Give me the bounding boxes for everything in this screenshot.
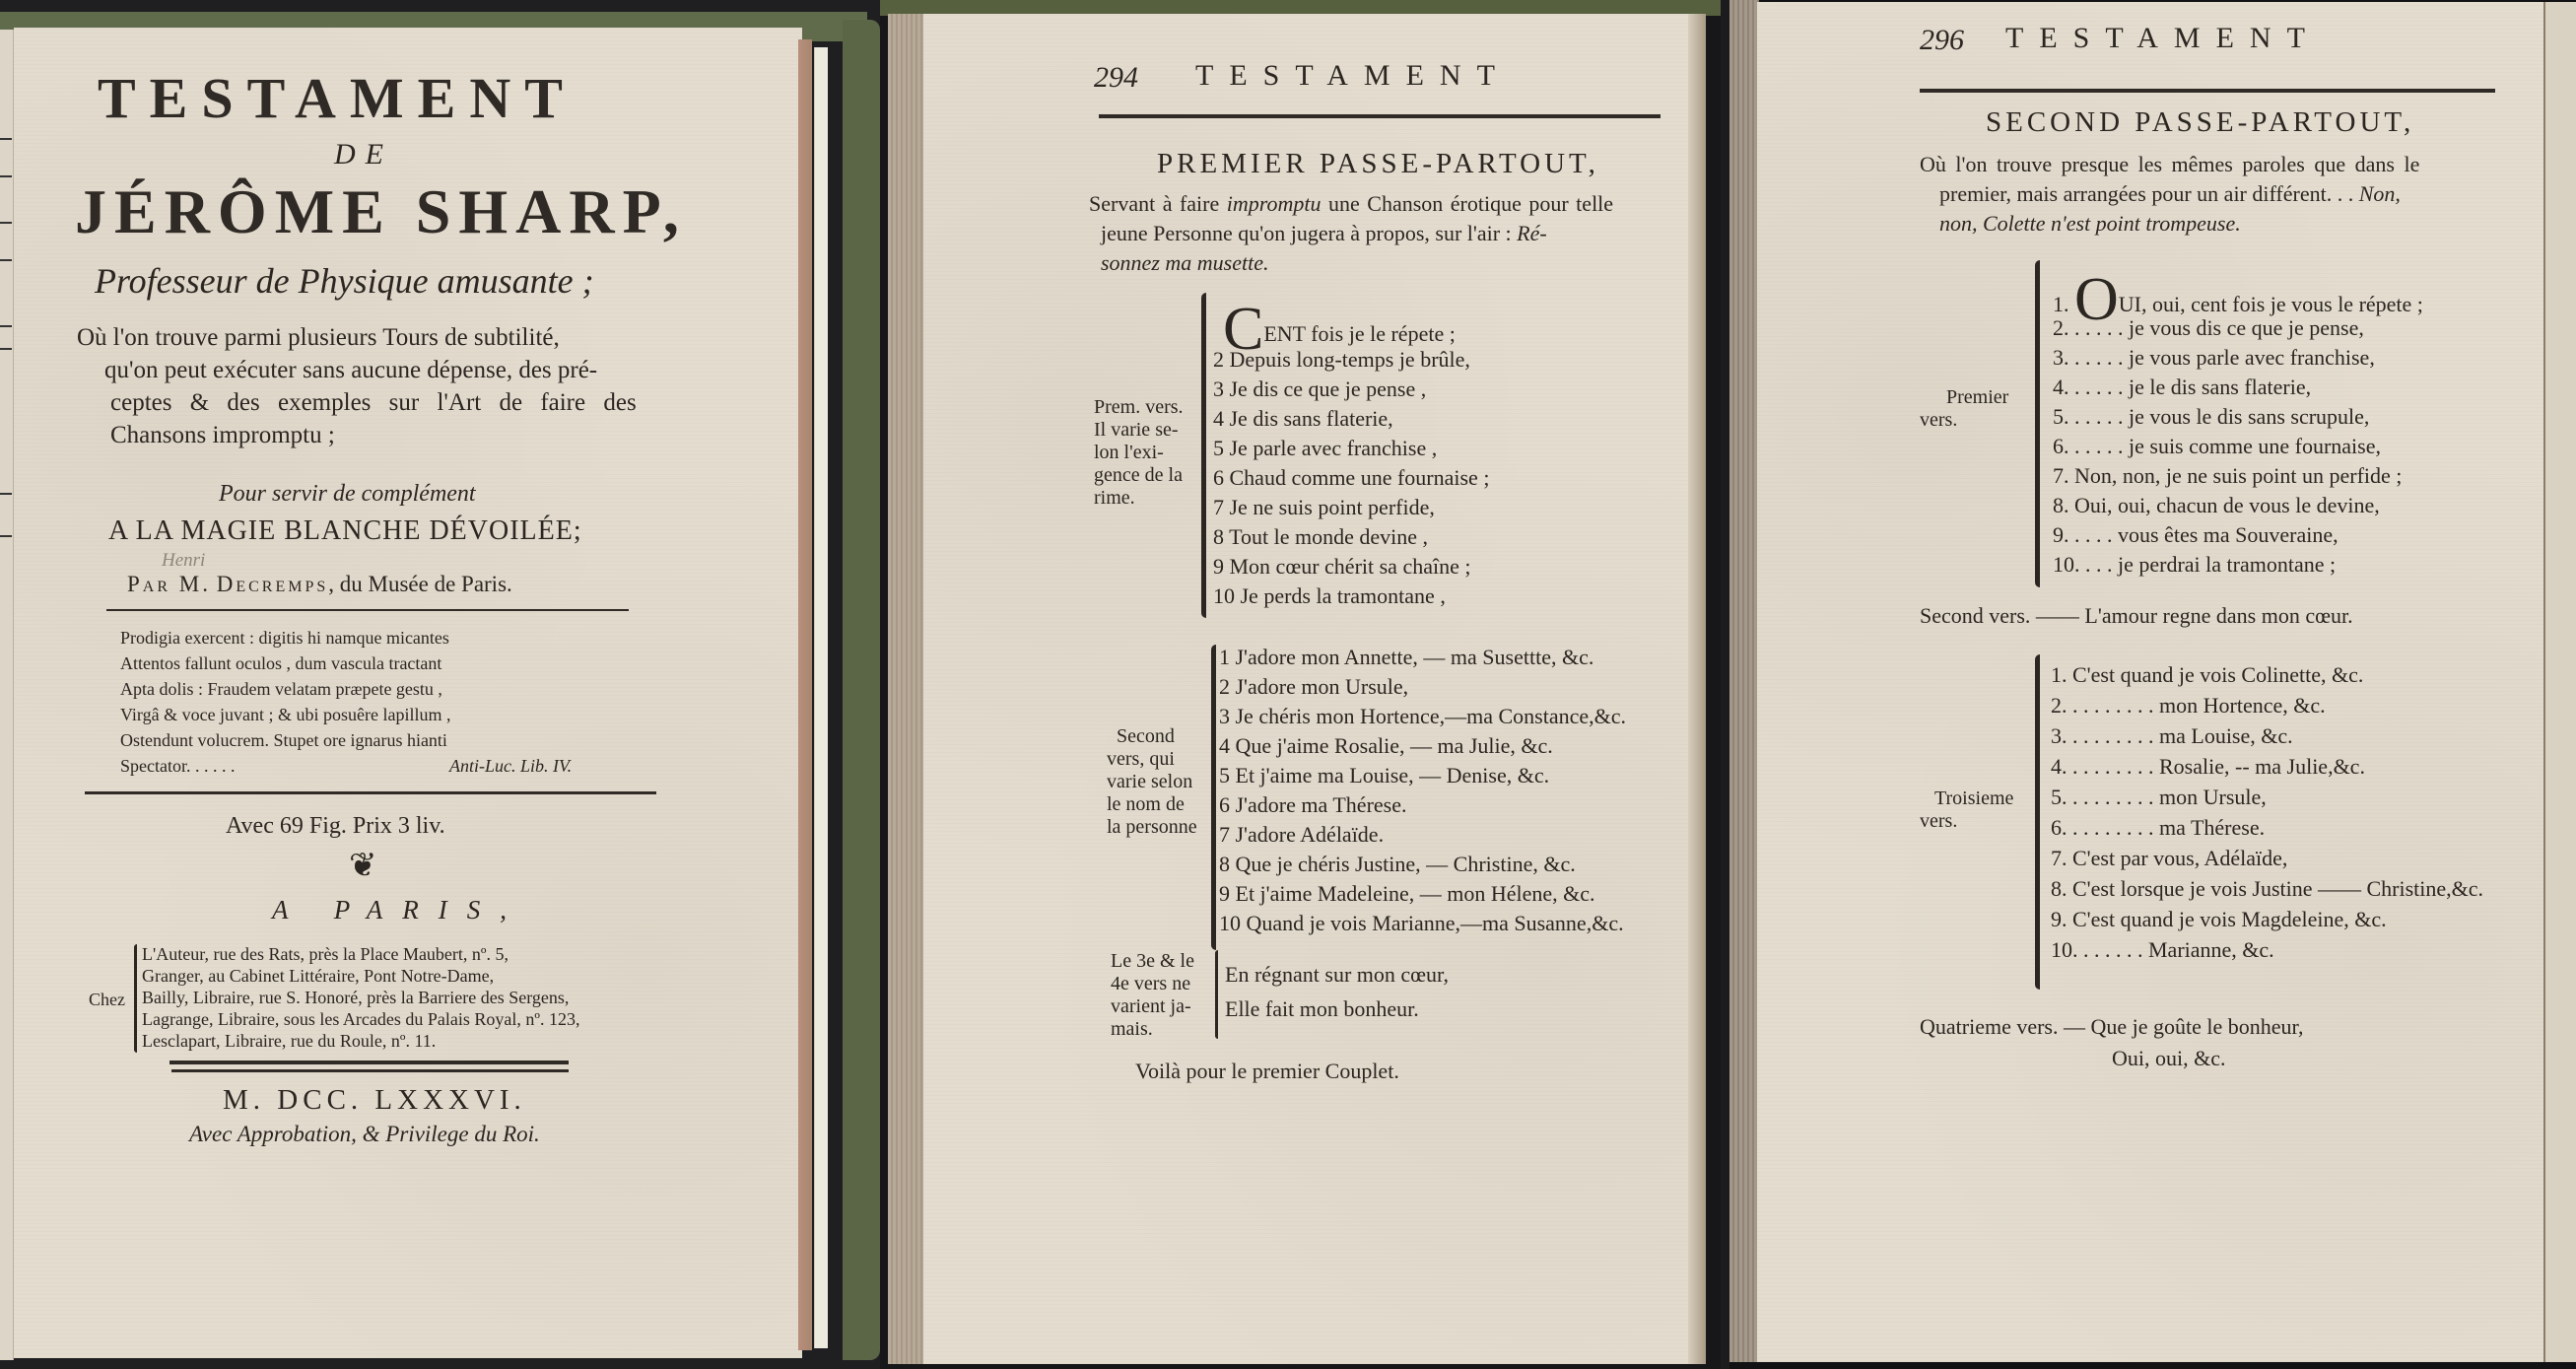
ornament-icon: ❦ — [349, 846, 377, 885]
verse-line: 3 Je chéris mon Hortence,—ma Constance,&… — [1219, 702, 1626, 732]
bookseller-line: Lesclapart, Libraire, rue du Roule, nº. … — [142, 1029, 436, 1054]
page-296-panel: 296 TESTAMENT SECOND PASSE-PARTOUT, Où l… — [1729, 0, 2576, 1369]
verse-line: 8. C'est lorsque je vois Justine —— Chri… — [2051, 874, 2483, 905]
brace-icon — [2035, 260, 2040, 587]
verse-line: 2. . . . . . . . . mon Hortence, &c. — [2051, 691, 2326, 721]
figures-price: Avec 69 Fig. Prix 3 liv. — [226, 813, 445, 840]
margin-label: vers. — [1920, 409, 1957, 432]
verse-line: 4. . . . . . je le dis sans flaterie, — [2053, 373, 2311, 403]
next-page-edge — [2543, 2, 2576, 1362]
intro-line: Servant à faire impromptu une Chanson ér… — [1089, 189, 1613, 219]
verse-line: 7. Non, non, je ne suis point un perfide… — [2053, 461, 2402, 492]
handwritten-note: Henri — [162, 550, 205, 572]
verse-line: En régnant sur mon cœur, — [1225, 960, 1449, 991]
verse-line: 6 Chaud comme une fournaise ; — [1213, 463, 1489, 494]
margin-label: vers. — [1920, 810, 1957, 833]
epigraph-source: Anti-Luc. Lib. IV. — [449, 754, 572, 779]
verse-line: 1 J'adore mon Annette, — ma Susettte, &c… — [1219, 643, 1593, 673]
brace-icon — [1201, 293, 1206, 618]
margin-label: le nom de — [1107, 793, 1185, 816]
refrain-line: Oui, oui, &c. — [2112, 1044, 2226, 1074]
verse-line: 10 Quand je vois Marianne,—ma Susanne,&c… — [1219, 909, 1624, 939]
brace-icon — [2035, 654, 2040, 990]
previous-page-sliver — [0, 30, 14, 1360]
verse-line: 10 Je perds la tramontane , — [1213, 582, 1446, 612]
epigraph-line: Spectator. . . . . . — [120, 754, 235, 779]
description-line: Où l'on trouve parmi plusieurs Tours de … — [77, 321, 560, 354]
author-affiliation: , du Musée de Paris. — [328, 572, 512, 596]
author-line: Par M. Decremps, du Musée de Paris. — [127, 572, 512, 597]
margin-label: varient ja- — [1111, 995, 1191, 1018]
magie-blanche-title: A LA MAGIE BLANCHE DÉVOILÉE; — [108, 515, 582, 547]
double-rule-bottom — [171, 1069, 569, 1072]
header-rule — [1920, 89, 2495, 93]
margin-label: Il varie se- — [1094, 419, 1179, 442]
verse-line: 8 Que je chéris Justine, — Christine, &c… — [1219, 850, 1576, 880]
margin-label: Premier — [1946, 386, 2008, 409]
epigraph-line: Apta dolis : Fraudem velatam præpete ges… — [120, 677, 442, 702]
verse-line: 9 Et j'aime Madeleine, — mon Hélene, &c. — [1219, 879, 1595, 910]
page-number: 296 — [1920, 24, 1964, 57]
verse-line: 9. C'est quand je vois Magdeleine, &c. — [2051, 905, 2387, 935]
running-head: TESTAMENT — [1195, 59, 1511, 93]
margin-label: gence de la — [1094, 464, 1183, 487]
page-edges — [1729, 0, 1759, 1362]
author-subject-name: JÉRÔME SHARP, — [75, 175, 687, 248]
title-page-panel: TESTAMENT DE JÉRÔME SHARP, Professeur de… — [0, 0, 880, 1369]
verse-line: 3. . . . . . je vous parle avec franchis… — [2053, 343, 2375, 374]
author-prefix: Par M. — [127, 572, 211, 596]
verse-line: 10. . . . . . . Marianne, &c. — [2051, 935, 2274, 966]
verse-line: 3 Je dis ce que je pense , — [1213, 375, 1426, 405]
brace-icon — [1215, 950, 1218, 1039]
section-title: PREMIER PASSE-PARTOUT, — [1157, 148, 1599, 180]
verse-line: CENT fois je le répete ; — [1223, 309, 1456, 350]
music-staff-icon — [0, 325, 12, 350]
verse-line: 7 J'adore Adélaïde. — [1219, 820, 1384, 851]
music-staff-icon — [0, 222, 12, 261]
verse-line: 1. C'est quand je vois Colinette, &c. — [2051, 660, 2363, 691]
margin-label: Second — [1117, 725, 1175, 748]
margin-label: lon l'exi- — [1094, 442, 1164, 464]
verse-line: 5 Je parle avec franchise , — [1213, 434, 1437, 464]
divider-rule — [106, 609, 629, 611]
book-title: TESTAMENT — [98, 65, 576, 131]
verse-line: 8 Tout le monde devine , — [1213, 522, 1428, 553]
verse-line: 4 Que j'aime Rosalie, — ma Julie, &c. — [1219, 731, 1553, 762]
pour-servir: Pour servir de complément — [219, 481, 476, 508]
verse-line: 5. . . . . . je vous le dis sans scrupul… — [2053, 402, 2369, 433]
intro-air: sonnez ma musette. — [1101, 248, 1268, 278]
page-number: 294 — [1094, 61, 1138, 95]
epigraph-line: Ostendunt volucrem. Stupet ore ignarus h… — [120, 728, 447, 753]
verse-line: 4 Je dis sans flaterie, — [1213, 404, 1393, 435]
page-294-paper: 294 TESTAMENT PREMIER PASSE-PARTOUT, Ser… — [923, 14, 1702, 1364]
margin-label: la personne — [1107, 816, 1197, 839]
approbation: Avec Approbation, & Privilege du Roi. — [189, 1122, 540, 1147]
verse-line: 2. . . . . . je vous dis ce que je pense… — [2053, 313, 2364, 344]
section-title: SECOND PASSE-PARTOUT, — [1986, 106, 2414, 139]
closing-line: Voilà pour le premier Couplet. — [1135, 1057, 1399, 1087]
verse-line: 3. . . . . . . . . ma Louise, &c. — [2051, 721, 2293, 752]
verse-line: 9. . . . . vous êtes ma Souveraine, — [2053, 520, 2339, 551]
verse-line: 10. . . . je perdrai la tramontane ; — [2053, 550, 2336, 581]
quatrieme-vers-line: Quatrieme vers. — Que je goûte le bonheu… — [1920, 1012, 2304, 1043]
intro-line: premier, mais arrangées pour un air diff… — [1939, 179, 2401, 209]
page-296-paper: 296 TESTAMENT SECOND PASSE-PARTOUT, Où l… — [1757, 2, 2543, 1362]
city-paris: A PARIS, — [272, 895, 526, 925]
margin-label: Troisieme — [1934, 787, 2013, 810]
verse-line: 8. Oui, oui, chacun de vous le devine, — [2053, 491, 2380, 521]
page-gutter — [1688, 14, 1706, 1364]
verse-line: 6. . . . . . . . . ma Thérese. — [2051, 813, 2265, 844]
publication-year: M. DCC. LXXXVI. — [223, 1084, 526, 1117]
description-line: ceptes & des exemples sur l'Art de faire… — [110, 386, 637, 419]
epigraph-line: Prodigia exercent : digitis hi namque mi… — [120, 626, 449, 650]
chez-label: Chez — [89, 988, 125, 1012]
running-head: TESTAMENT — [2005, 22, 2321, 55]
verse-line: 5. . . . . . . . . mon Ursule, — [2051, 783, 2267, 813]
verse-line: 2 Depuis long-temps je brûle, — [1213, 345, 1470, 376]
margin-label: mais. — [1111, 1018, 1153, 1041]
description-line: qu'on peut exécuter sans aucune dépense,… — [104, 354, 597, 386]
second-vers-line: Second vers. —— L'amour regne dans mon c… — [1920, 601, 2353, 632]
margin-label: varie selon — [1107, 771, 1192, 793]
verse-line: 7 Je ne suis point perfide, — [1213, 493, 1435, 523]
verse-line: Elle fait mon bonheur. — [1225, 994, 1419, 1025]
brace-icon — [134, 944, 137, 1053]
description-line: Chansons impromptu ; — [110, 419, 335, 451]
bookmark-strip — [814, 47, 828, 1348]
title-page-paper: TESTAMENT DE JÉRÔME SHARP, Professeur de… — [14, 28, 802, 1358]
subtitle: Professeur de Physique amusante ; — [95, 260, 594, 302]
epigraph-line: Attentos fallunt oculos , dum vascula tr… — [120, 651, 441, 676]
margin-label: vers, qui — [1107, 748, 1175, 771]
author-name: Decremps — [217, 572, 329, 596]
margin-label: Le 3e & le — [1111, 950, 1194, 973]
verse-line: 5 Et j'aime ma Louise, — Denise, &c. — [1219, 761, 1549, 791]
verse-line: 6 J'adore ma Thérese. — [1219, 790, 1406, 821]
divider-rule — [85, 791, 656, 794]
intro-line: Où l'on trouve presque les mêmes paroles… — [1920, 150, 2419, 179]
verse-line: 7. C'est par vous, Adélaïde, — [2051, 844, 2287, 874]
intro-line: jeune Personne qu'on jugera à propos, su… — [1101, 219, 1547, 248]
margin-label: 4e vers ne — [1111, 973, 1190, 995]
verse-line: 9 Mon cœur chérit sa chaîne ; — [1213, 552, 1470, 582]
verse-line: 2 J'adore mon Ursule, — [1219, 672, 1408, 703]
margin-label: Prem. vers. — [1094, 396, 1184, 419]
music-staff-icon — [0, 138, 12, 177]
verse-line: 4. . . . . . . . . Rosalie, -- ma Julie,… — [2051, 752, 2365, 783]
header-rule — [1099, 114, 1661, 118]
title-de: DE — [334, 138, 393, 171]
brace-icon — [1211, 645, 1216, 950]
intro-air: non, Colette n'est point trompeuse. — [1939, 209, 2241, 239]
epigraph-line: Virgâ & voce juvant ; & ubi posuêre lapi… — [120, 703, 451, 727]
page-edge — [798, 39, 812, 1350]
margin-label: rime. — [1094, 487, 1135, 510]
verse-line: 6. . . . . . je suis comme une fournaise… — [2053, 432, 2381, 462]
page-294-panel: 294 TESTAMENT PREMIER PASSE-PARTOUT, Ser… — [880, 0, 1721, 1369]
book-cover-spine — [843, 20, 880, 1360]
music-staff-icon — [0, 493, 12, 537]
double-rule-top — [169, 1061, 569, 1064]
